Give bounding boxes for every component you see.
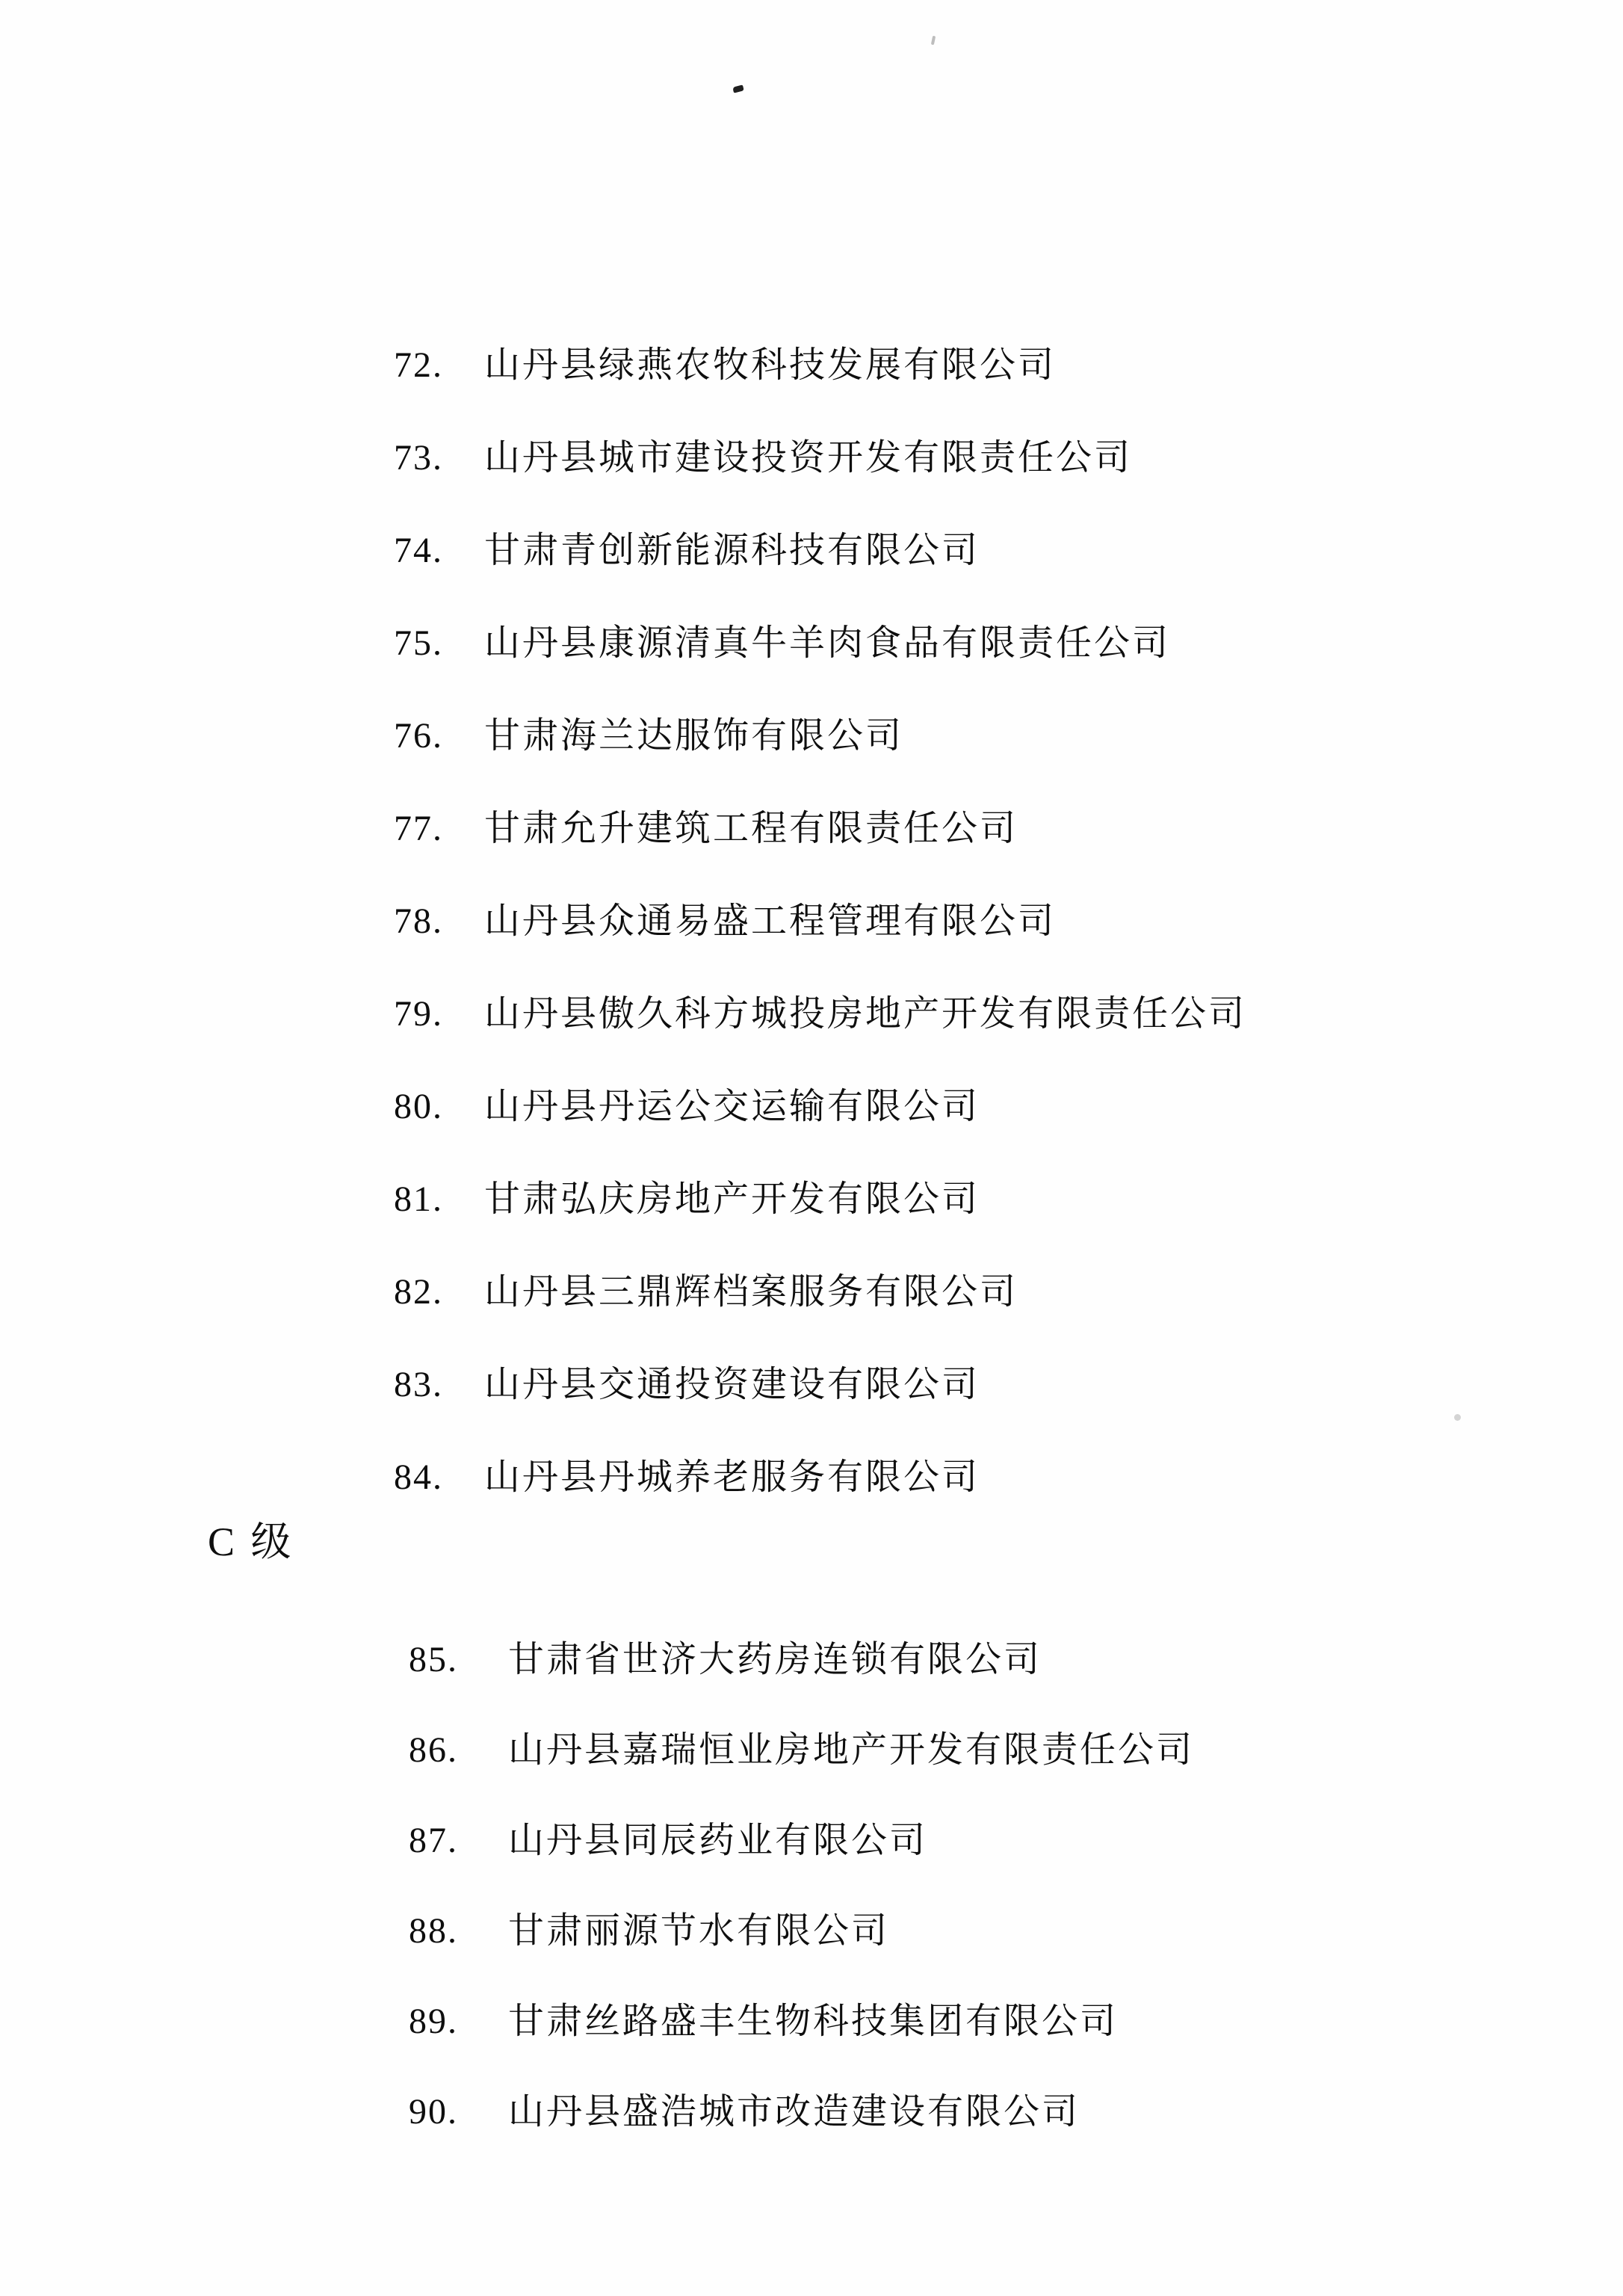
list-item: 88. 甘肃丽源节水有限公司 [0, 1908, 1623, 1999]
item-number: 79. [394, 991, 443, 1037]
item-number: 88. [409, 1908, 458, 1954]
company-name: 甘肃省世济大药房连锁有限公司 [508, 1637, 1042, 1683]
list-item: 77. 甘肃允升建筑工程有限责任公司 [0, 806, 1623, 898]
list-item: 73. 山丹县城市建设投资开发有限责任公司 [0, 435, 1623, 528]
scan-artifact-speck [931, 36, 936, 46]
item-number: 89. [409, 1999, 458, 2045]
list-item: 87. 山丹县同辰药业有限公司 [0, 1818, 1623, 1908]
company-name: 山丹县绿燕农牧科技发展有限公司 [484, 342, 1056, 389]
company-name: 山丹县康源清真牛羊肉食品有限责任公司 [484, 620, 1170, 667]
company-name: 甘肃丝路盛丰生物科技集团有限公司 [508, 1999, 1118, 2045]
company-name: 山丹县三鼎辉档案服务有限公司 [484, 1269, 1018, 1315]
list-item: 74. 甘肃青创新能源科技有限公司 [0, 528, 1623, 620]
document-page: 72. 山丹县绿燕农牧科技发展有限公司 73. 山丹县城市建设投资开发有限责任公… [0, 0, 1623, 2296]
company-name: 山丹县众通易盛工程管理有限公司 [484, 898, 1056, 945]
item-number: 86. [409, 1727, 458, 1774]
list-item: 76. 甘肃海兰达服饰有限公司 [0, 713, 1623, 806]
list-item: 80. 山丹县丹运公交运输有限公司 [0, 1084, 1623, 1176]
company-name: 甘肃丽源节水有限公司 [508, 1908, 889, 1954]
company-name: 甘肃海兰达服饰有限公司 [484, 713, 903, 759]
item-number: 83. [394, 1362, 443, 1408]
list-item: 82. 山丹县三鼎辉档案服务有限公司 [0, 1269, 1623, 1362]
company-name: 山丹县丹城养老服务有限公司 [484, 1454, 980, 1501]
list-item: 72. 山丹县绿燕农牧科技发展有限公司 [0, 342, 1623, 435]
item-number: 75. [394, 620, 443, 667]
item-number: 77. [394, 806, 443, 852]
company-name: 山丹县同辰药业有限公司 [508, 1818, 927, 1864]
item-number: 87. [409, 1818, 458, 1864]
item-number: 90. [409, 2089, 458, 2135]
company-list-grade-c: 85. 甘肃省世济大药房连锁有限公司 86. 山丹县嘉瑞恒业房地产开发有限责任公… [0, 1637, 1623, 2179]
list-item: 75. 山丹县康源清真牛羊肉食品有限责任公司 [0, 620, 1623, 713]
list-item: 86. 山丹县嘉瑞恒业房地产开发有限责任公司 [0, 1727, 1623, 1818]
item-number: 74. [394, 528, 443, 574]
list-item: 78. 山丹县众通易盛工程管理有限公司 [0, 898, 1623, 991]
section-heading-grade-c: C 级 [208, 1519, 294, 1565]
item-number: 76. [394, 713, 443, 759]
company-name: 山丹县嘉瑞恒业房地产开发有限责任公司 [508, 1727, 1194, 1774]
item-number: 78. [394, 898, 443, 945]
company-name: 山丹县傲久科方城投房地产开发有限责任公司 [484, 991, 1246, 1037]
list-item: 83. 山丹县交通投资建设有限公司 [0, 1362, 1623, 1454]
list-item: 85. 甘肃省世济大药房连锁有限公司 [0, 1637, 1623, 1727]
company-name: 山丹县城市建设投资开发有限责任公司 [484, 435, 1132, 481]
list-item: 79. 山丹县傲久科方城投房地产开发有限责任公司 [0, 991, 1623, 1084]
company-list-grade-b: 72. 山丹县绿燕农牧科技发展有限公司 73. 山丹县城市建设投资开发有限责任公… [0, 342, 1623, 1547]
list-item: 90. 山丹县盛浩城市改造建设有限公司 [0, 2089, 1623, 2179]
item-number: 73. [394, 435, 443, 481]
company-name: 甘肃允升建筑工程有限责任公司 [484, 806, 1018, 852]
company-name: 山丹县交通投资建设有限公司 [484, 1362, 980, 1408]
item-number: 82. [394, 1269, 443, 1315]
item-number: 81. [394, 1176, 443, 1223]
item-number: 72. [394, 342, 443, 389]
item-number: 84. [394, 1454, 443, 1501]
company-name: 甘肃青创新能源科技有限公司 [484, 528, 980, 574]
item-number: 80. [394, 1084, 443, 1130]
company-name: 甘肃弘庆房地产开发有限公司 [484, 1176, 980, 1223]
company-name: 山丹县丹运公交运输有限公司 [484, 1084, 980, 1130]
list-item: 89. 甘肃丝路盛丰生物科技集团有限公司 [0, 1999, 1623, 2089]
company-name: 山丹县盛浩城市改造建设有限公司 [508, 2089, 1080, 2135]
scan-artifact-speck [732, 84, 744, 93]
item-number: 85. [409, 1637, 458, 1683]
list-item: 81. 甘肃弘庆房地产开发有限公司 [0, 1176, 1623, 1269]
